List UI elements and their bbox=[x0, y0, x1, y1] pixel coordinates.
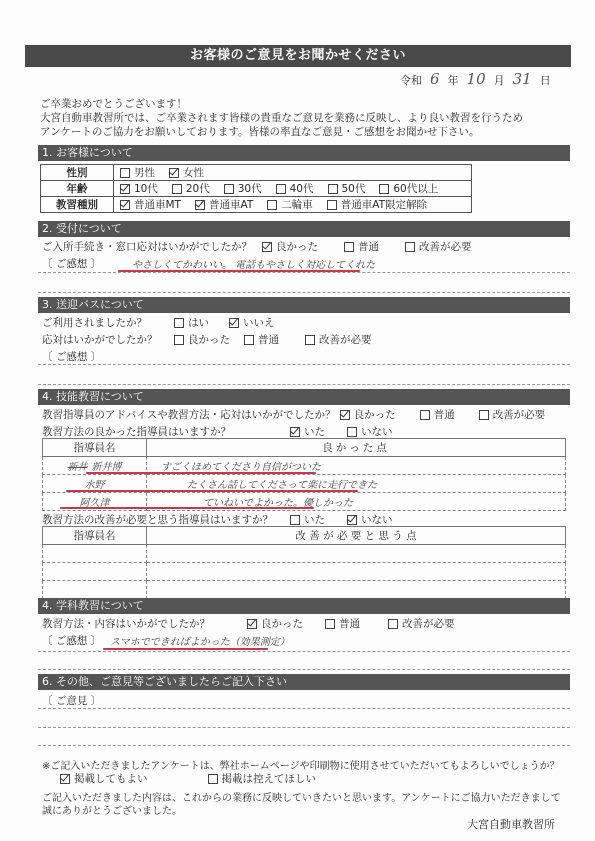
practical-q3-row: 教習方法の改善が必要と思う指導員はいますか？ いた いない bbox=[42, 512, 407, 527]
checkbox-label: 掲載は控えてほしい bbox=[222, 771, 317, 786]
checkbox-icon[interactable] bbox=[208, 774, 218, 784]
col-good-points: 良かった点 bbox=[147, 439, 566, 457]
date-month[interactable]: 10 bbox=[467, 70, 486, 88]
instructor-name-cell[interactable] bbox=[43, 563, 147, 581]
checkbox-icon[interactable] bbox=[290, 515, 300, 525]
red-underline bbox=[86, 472, 316, 474]
checkbox-label: はい bbox=[188, 315, 209, 330]
instructor-name-cell[interactable] bbox=[43, 545, 147, 563]
checkbox-icon[interactable] bbox=[420, 410, 430, 420]
checkbox-label: 普通車AT限定解除 bbox=[341, 197, 427, 212]
checkbox-icon[interactable] bbox=[379, 184, 389, 194]
checkbox-practical-normal[interactable]: 普通 bbox=[420, 407, 455, 422]
intro-line-1: ご卒業おめでとうございます！ bbox=[40, 97, 580, 111]
checkbox-bus-good[interactable]: 良かった bbox=[174, 332, 230, 347]
checkbox-icon[interactable] bbox=[172, 184, 182, 194]
checkbox-course-motorcycle[interactable]: 二輪車 bbox=[267, 197, 313, 212]
struck-text: 新井 bbox=[68, 462, 88, 473]
checkbox-label: いいえ bbox=[243, 315, 275, 330]
col-instructor-name: 指導員名 bbox=[43, 439, 147, 457]
checkbox-label: 20代 bbox=[186, 181, 210, 196]
table-row bbox=[43, 581, 566, 599]
date-day[interactable]: 31 bbox=[513, 70, 532, 88]
comment-label: 〔 ご感想 〕 bbox=[42, 256, 132, 271]
instructor-name-cell[interactable] bbox=[43, 581, 147, 599]
checked-box-icon[interactable] bbox=[195, 200, 205, 210]
bus-usage-question: ご利用されましたか？ bbox=[42, 315, 174, 330]
comment-line bbox=[38, 384, 570, 385]
checkbox-label: いない bbox=[361, 512, 393, 527]
intro-text: ご卒業おめでとうございます！ 大宮自動車教習所では、ご卒業されます皆様の貴重なご… bbox=[40, 97, 580, 139]
closing-line-1: ご記入いただきました内容は、これからの業務に反映していきたいと思います。アンケー… bbox=[42, 792, 561, 805]
red-underline bbox=[103, 648, 268, 650]
classroom-comment[interactable]: スマホでできればよかった（効果測定） bbox=[110, 633, 290, 648]
checkbox-label: 良かった bbox=[188, 332, 230, 347]
checkbox-label: 女性 bbox=[183, 165, 204, 180]
bus-service-row: 応対はいかがでしたか？ 良かった 普通 改善が必要 bbox=[42, 332, 386, 347]
checkbox-label: 男性 bbox=[134, 165, 155, 180]
improvement-cell[interactable] bbox=[147, 581, 566, 599]
date-year[interactable]: 6 bbox=[430, 70, 440, 88]
reception-comment[interactable]: やさしくてかわいい。 電話もやさしく対応してくれた bbox=[132, 256, 375, 271]
checkbox-label: 掲載してもよい bbox=[74, 771, 148, 786]
comment-line bbox=[38, 364, 570, 365]
checkbox-label: 10代 bbox=[134, 181, 158, 196]
table-row bbox=[43, 545, 566, 563]
col-instructor-name: 指導員名 bbox=[43, 527, 147, 545]
checkbox-age-20s[interactable]: 20代 bbox=[172, 181, 210, 196]
checkbox-label: いない bbox=[361, 424, 393, 439]
day-unit: 日 bbox=[540, 72, 551, 88]
checkbox-icon[interactable] bbox=[174, 335, 184, 345]
checkbox-icon[interactable] bbox=[388, 619, 398, 629]
practical-q2: 教習方法の良かった指導員はいますか？ bbox=[42, 424, 290, 439]
checkbox-icon[interactable] bbox=[276, 184, 286, 194]
checkbox-label: 良かった bbox=[354, 407, 396, 422]
comment-line bbox=[38, 708, 570, 709]
checkbox-practical-good[interactable]: 良かった bbox=[340, 407, 396, 422]
checkbox-consent-allow[interactable]: 掲載してもよい bbox=[60, 771, 148, 786]
reception-question: ご入所手続き・窓口応対はいかがでしたか？ bbox=[42, 239, 252, 254]
section-reception-header: 2. 受付について bbox=[38, 221, 570, 237]
improvement-cell[interactable] bbox=[147, 563, 566, 581]
reception-question-row: ご入所手続き・窓口応対はいかがでしたか？ 良かった 普通 改善が必要 bbox=[42, 239, 486, 254]
section-other-header: 6. その他、ご意見等ございましたらご記入下さい bbox=[38, 674, 570, 690]
other-comment-row: 〔 ご意見 〕 bbox=[42, 693, 101, 708]
age-label: 年齢 bbox=[41, 181, 114, 197]
checkbox-label: いた bbox=[304, 512, 325, 527]
checkbox-bus-needs-improvement[interactable]: 改善が必要 bbox=[305, 332, 372, 347]
classroom-question-row: 教習方法・内容はいかがでしたか？ 良かった 普通 改善が必要 bbox=[42, 616, 469, 631]
checkbox-label: 60代以上 bbox=[393, 181, 438, 196]
checkbox-icon[interactable] bbox=[174, 318, 184, 328]
school-signature: 大宮自動車教習所 bbox=[467, 816, 555, 832]
checkbox-label: 普通車AT bbox=[209, 197, 253, 212]
checkbox-label: 改善が必要 bbox=[419, 239, 472, 254]
improvement-cell[interactable] bbox=[147, 545, 566, 563]
checkbox-label: 改善が必要 bbox=[319, 332, 372, 347]
checkbox-icon[interactable] bbox=[327, 200, 337, 210]
section-customer-header: 1. お客様について bbox=[38, 145, 570, 161]
checkbox-icon[interactable] bbox=[244, 335, 254, 345]
checkbox-consent-decline[interactable]: 掲載は控えてほしい bbox=[208, 771, 317, 786]
checkbox-bad-instructor-yes[interactable]: いた bbox=[290, 512, 325, 527]
checkbox-label: 普通 bbox=[358, 239, 379, 254]
section-bus-header: 3. 送迎バスについて bbox=[38, 297, 570, 313]
bus-comment-row: 〔 ご感想 〕 bbox=[42, 349, 101, 364]
checkbox-label: 30代 bbox=[238, 181, 262, 196]
checkbox-classroom-needs-improvement[interactable]: 改善が必要 bbox=[388, 616, 455, 631]
checked-box-icon[interactable] bbox=[169, 168, 179, 178]
checkbox-age-50s[interactable]: 50代 bbox=[328, 181, 366, 196]
checkbox-bad-instructor-no[interactable]: いない bbox=[347, 512, 393, 527]
table-row bbox=[43, 563, 566, 581]
gender-row: 性別 男性 女性 bbox=[41, 165, 472, 181]
checkbox-icon[interactable] bbox=[120, 168, 130, 178]
course-label: 教習種別 bbox=[41, 197, 114, 213]
checkbox-age-40s[interactable]: 40代 bbox=[276, 181, 314, 196]
date-era: 令和 bbox=[400, 72, 422, 88]
checked-box-icon[interactable] bbox=[229, 318, 239, 328]
checkbox-classroom-normal[interactable]: 普通 bbox=[325, 616, 360, 631]
comment-line bbox=[38, 272, 570, 273]
checkbox-icon[interactable] bbox=[405, 242, 415, 252]
checkbox-label: 良かった bbox=[276, 239, 318, 254]
checkbox-age-30s[interactable]: 30代 bbox=[224, 181, 262, 196]
consent-question: ※ご記入いただきましたアンケートは、弊社ホームページや印刷物に使用させていただい… bbox=[42, 757, 560, 772]
practical-q2-row: 教習方法の良かった指導員はいますか？ いた いない bbox=[42, 424, 407, 439]
checkbox-classroom-good[interactable]: 良かった bbox=[247, 616, 303, 631]
practical-q1-row: 教習指導員のアドバイスや教習方法・応対はいかがでしたか？ 良かった 普通 改善が… bbox=[42, 407, 559, 422]
bus-service-question: 応対はいかがでしたか？ bbox=[42, 332, 174, 347]
checkbox-male[interactable]: 男性 bbox=[120, 165, 155, 180]
checkbox-good-instructor-yes[interactable]: いた bbox=[290, 424, 325, 439]
checkbox-label: 普通 bbox=[434, 407, 455, 422]
comment-line bbox=[38, 745, 570, 746]
checkbox-reception-normal[interactable]: 普通 bbox=[344, 239, 379, 254]
checked-box-icon[interactable] bbox=[290, 427, 300, 437]
consent-options: 掲載してもよい 掲載は控えてほしい bbox=[60, 771, 330, 786]
checkbox-female[interactable]: 女性 bbox=[169, 165, 204, 180]
checkbox-label: 改善が必要 bbox=[493, 407, 546, 422]
checked-box-icon[interactable] bbox=[347, 515, 357, 525]
checkbox-icon[interactable] bbox=[267, 200, 277, 210]
checkbox-course-at[interactable]: 普通車AT bbox=[195, 197, 253, 212]
checked-box-icon[interactable] bbox=[340, 410, 350, 420]
checkbox-icon[interactable] bbox=[305, 335, 315, 345]
bus-usage-row: ご利用されましたか？ はい いいえ bbox=[42, 315, 289, 330]
form-title: お客様のご意見をお聞かせください bbox=[25, 45, 571, 67]
checkbox-reception-needs-improvement[interactable]: 改善が必要 bbox=[405, 239, 472, 254]
section-practical-header: 4. 技能教習について bbox=[38, 389, 570, 405]
checkbox-icon[interactable] bbox=[479, 410, 489, 420]
checkbox-icon[interactable] bbox=[328, 184, 338, 194]
comment-label: 〔 ご感想 〕 bbox=[42, 633, 110, 648]
comment-label: 〔 ご意見 〕 bbox=[42, 693, 101, 708]
checkbox-icon[interactable] bbox=[344, 242, 354, 252]
checkbox-bus-normal[interactable]: 普通 bbox=[244, 332, 279, 347]
checkbox-practical-needs-improvement[interactable]: 改善が必要 bbox=[479, 407, 546, 422]
age-row: 年齢 10代 20代 30代 40代 50代 60代以上 bbox=[41, 181, 472, 197]
checkbox-label: 良かった bbox=[261, 616, 303, 631]
checkbox-course-mt[interactable]: 普通車MT bbox=[120, 197, 181, 212]
checkbox-bus-yes[interactable]: はい bbox=[174, 315, 209, 330]
checked-box-icon[interactable] bbox=[262, 242, 272, 252]
classroom-question: 教習方法・内容はいかがでしたか？ bbox=[42, 616, 247, 631]
checkbox-label: 改善が必要 bbox=[402, 616, 455, 631]
checked-box-icon[interactable] bbox=[120, 184, 130, 194]
comment-label: 〔 ご感想 〕 bbox=[42, 349, 101, 364]
checkbox-age-10s[interactable]: 10代 bbox=[120, 181, 158, 196]
gender-label: 性別 bbox=[41, 165, 114, 181]
checkbox-label: 普通 bbox=[258, 332, 279, 347]
checkbox-label: 50代 bbox=[342, 181, 366, 196]
checkbox-icon[interactable] bbox=[325, 619, 335, 629]
checkbox-label: 二輪車 bbox=[281, 197, 313, 212]
checked-box-icon[interactable] bbox=[247, 619, 257, 629]
reception-comment-row: 〔 ご感想 〕 やさしくてかわいい。 電話もやさしく対応してくれた bbox=[42, 256, 375, 271]
comment-line bbox=[38, 727, 570, 728]
red-underline bbox=[60, 507, 314, 509]
date-line: 令和 6 年 10 月 31 日 bbox=[400, 70, 551, 88]
intro-line-2: 大宮自動車教習所では、ご卒業されます皆様の貴重なご意見を業務に反映し、より良い教… bbox=[40, 111, 580, 125]
comment-line bbox=[38, 292, 570, 293]
checkbox-reception-good[interactable]: 良かった bbox=[262, 239, 318, 254]
checkbox-label: いた bbox=[304, 424, 325, 439]
checkbox-icon[interactable] bbox=[224, 184, 234, 194]
year-unit: 年 bbox=[448, 72, 459, 88]
checkbox-bus-no[interactable]: いいえ bbox=[229, 315, 275, 330]
checkbox-age-60s-plus[interactable]: 60代以上 bbox=[379, 181, 438, 196]
checkbox-label: 普通 bbox=[339, 616, 360, 631]
section-classroom-header: 4. 学科教習について bbox=[38, 598, 570, 614]
improvement-instructor-table: 指導員名 改 善 が 必 要 と 思 う 点 bbox=[42, 526, 566, 599]
checkbox-good-instructor-no[interactable]: いない bbox=[347, 424, 393, 439]
red-underline bbox=[66, 490, 358, 492]
comment-line bbox=[38, 651, 570, 652]
intro-line-3: アンケートのご協力をお願いしております。皆様の率直なご意見・ご感想をお聞かせ下さ… bbox=[40, 125, 580, 139]
checkbox-label: 普通車MT bbox=[134, 197, 181, 212]
customer-info-table: 性別 男性 女性 年齢 10代 20代 30代 40代 50代 60代以上 教習… bbox=[40, 164, 472, 213]
good-instructor-table: 指導員名 良かった点 新井新井博 すごくほめてくださり自信がついた 水野 たくさ… bbox=[42, 438, 566, 511]
month-unit: 月 bbox=[494, 72, 505, 88]
closing-text: ご記入いただきました内容は、これからの業務に反映していきたいと思います。アンケー… bbox=[42, 792, 561, 818]
checked-box-icon[interactable] bbox=[60, 774, 70, 784]
checkbox-icon[interactable] bbox=[347, 427, 357, 437]
col-improvement-points: 改 善 が 必 要 と 思 う 点 bbox=[147, 527, 566, 545]
practical-q3: 教習方法の改善が必要と思う指導員はいますか？ bbox=[42, 512, 290, 527]
checked-box-icon[interactable] bbox=[120, 200, 130, 210]
practical-q1: 教習指導員のアドバイスや教習方法・応対はいかがでしたか？ bbox=[42, 407, 336, 422]
checkbox-course-at-release[interactable]: 普通車AT限定解除 bbox=[327, 197, 427, 212]
checkbox-label: 40代 bbox=[290, 181, 314, 196]
classroom-comment-row: 〔 ご感想 〕 スマホでできればよかった（効果測定） bbox=[42, 633, 290, 648]
course-row: 教習種別 普通車MT 普通車AT 二輪車 普通車AT限定解除 bbox=[41, 197, 472, 213]
comment-line bbox=[38, 669, 570, 670]
